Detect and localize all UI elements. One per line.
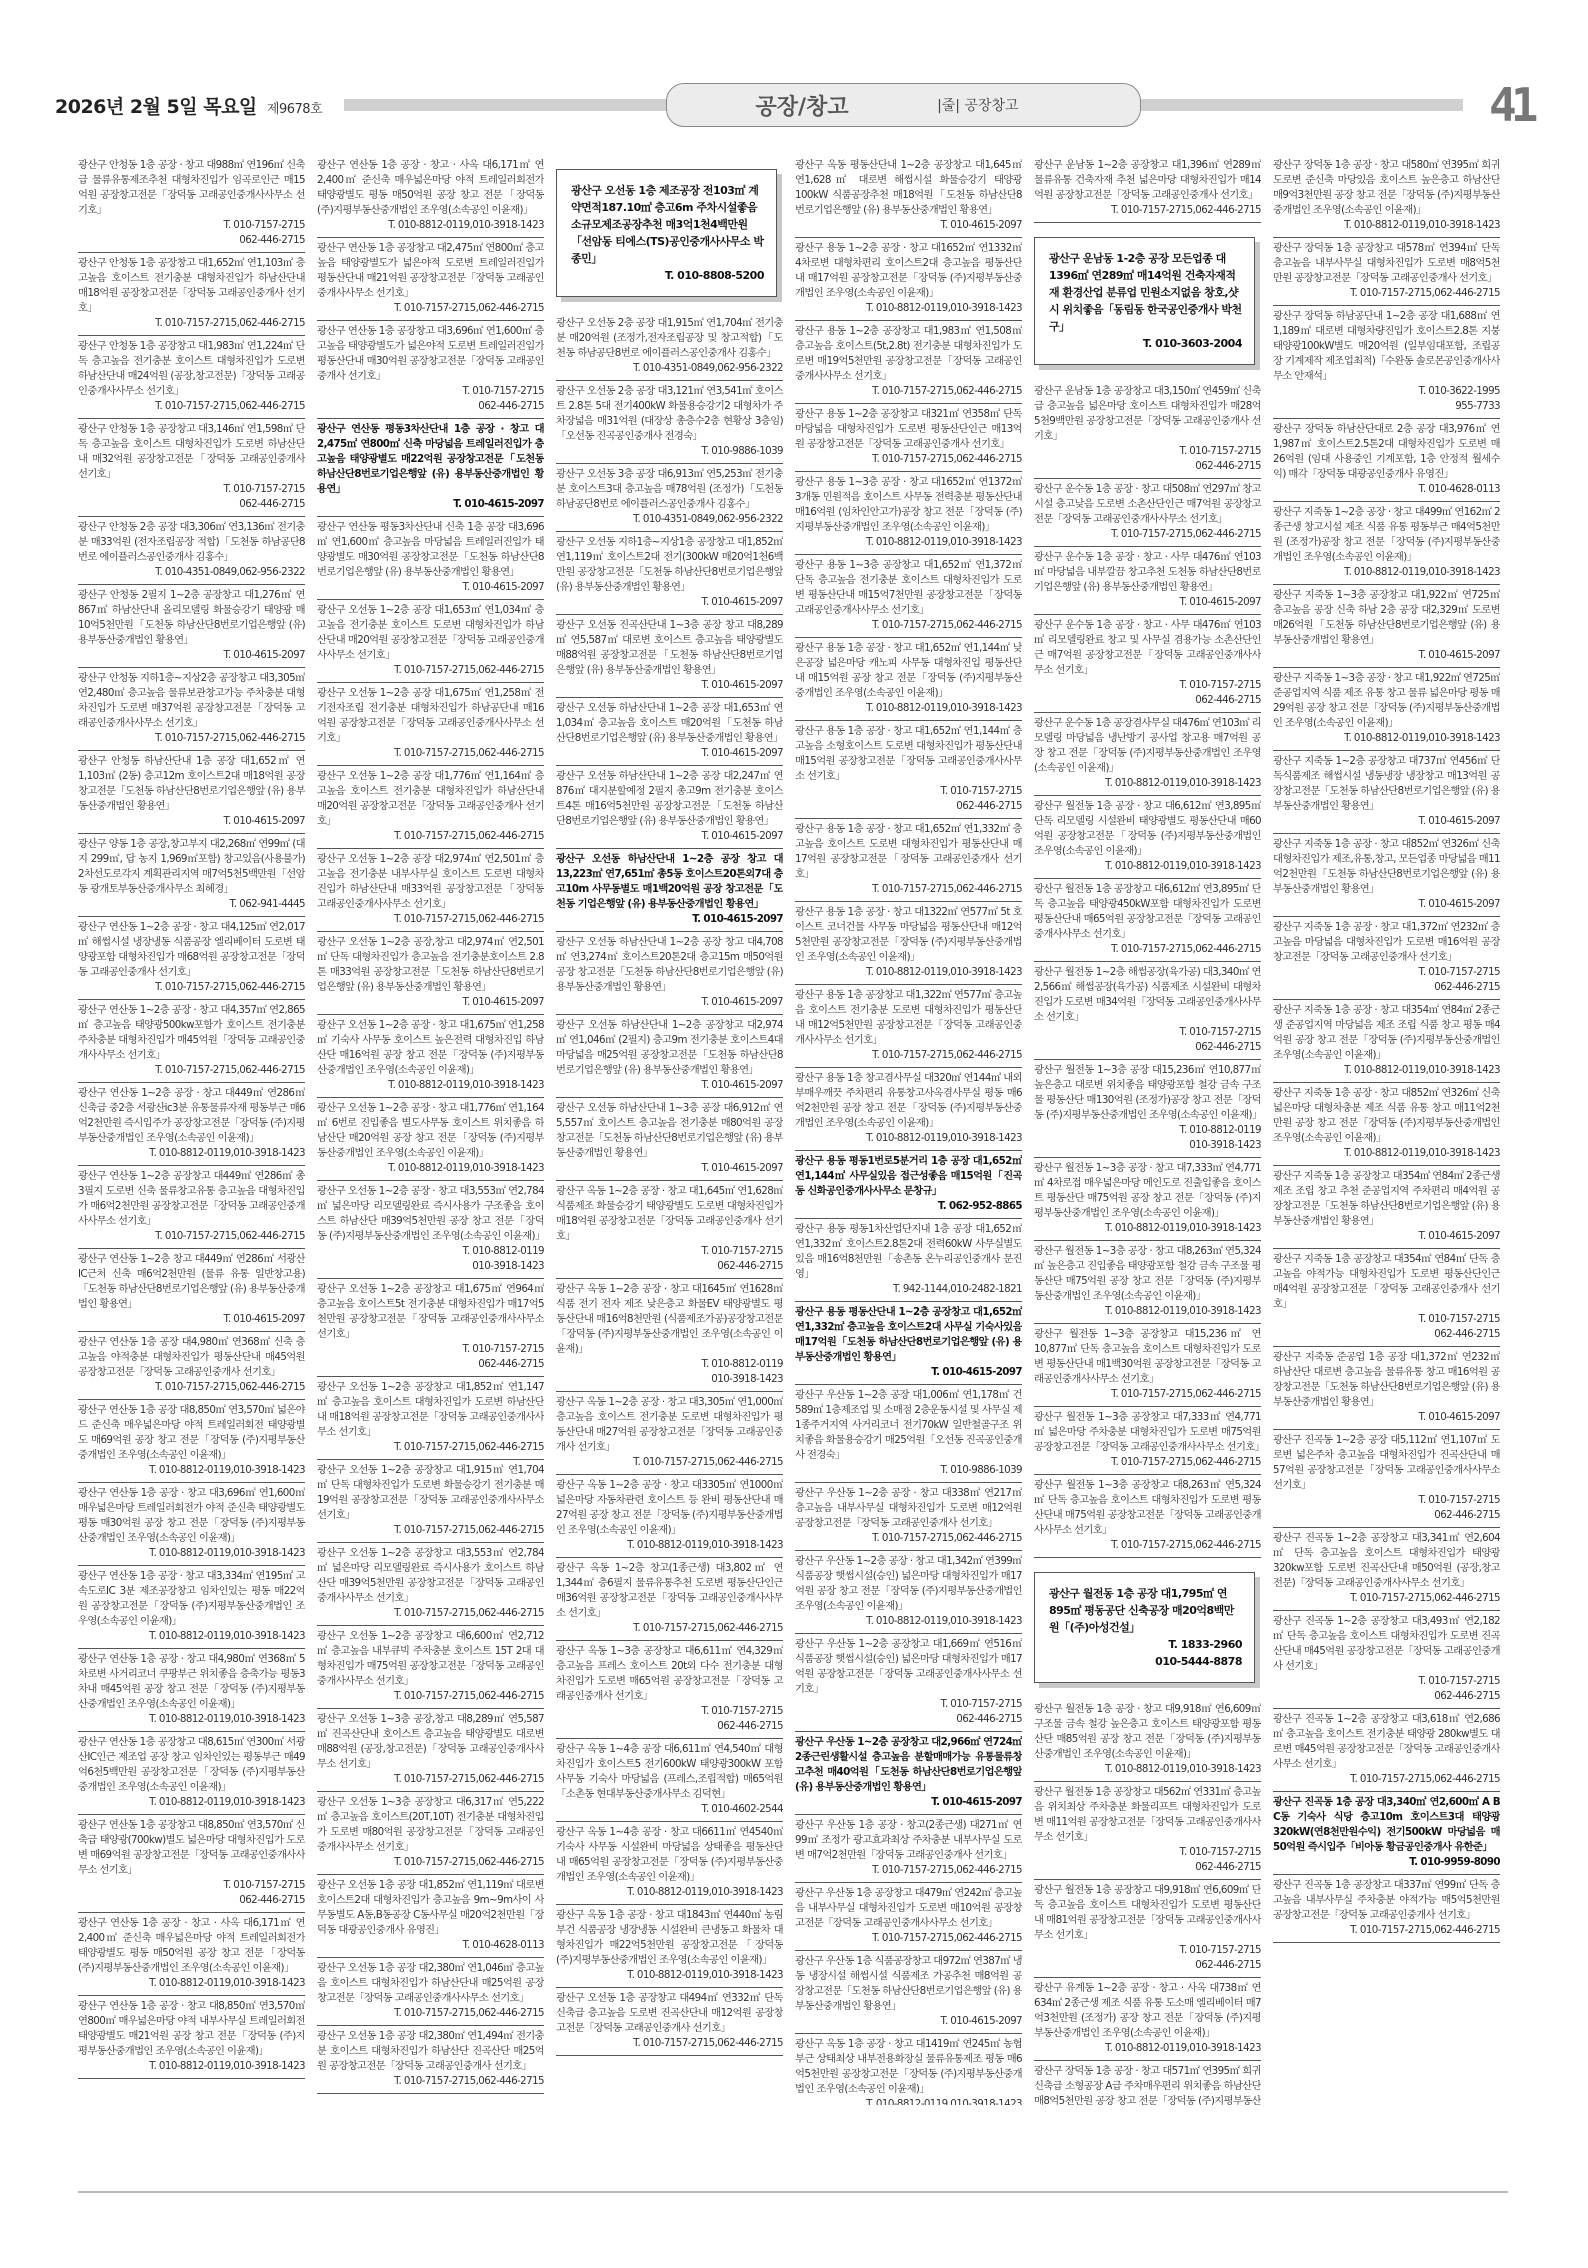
listing-text: 광산구 연산동 1~2층 공장 · 창고 대449㎡ 연286㎡ 신축급 중2층… bbox=[78, 1087, 305, 1144]
listing: 광산구 안청동 2층 공장 대3,306㎡ 연3,136㎡ 전기충분 매33억원… bbox=[78, 517, 305, 585]
listing: 광산구 월전동 1~3층 공장 · 창고 대7,333㎡ 연4,771㎡ 4차로… bbox=[1034, 1158, 1261, 1241]
footer-rule bbox=[78, 2191, 1508, 2193]
listing-text: 광산구 유계동 1~2층 공장 · 창고 · 사옥 대738㎡ 연634㎡ 2종… bbox=[1034, 1982, 1261, 2039]
listing: 광산구 지죽동 1층 공장창고 대354㎡ 연84㎡ 단독 층고높음 야적가능 … bbox=[1273, 1249, 1500, 1347]
listing: 광산구 연산동 1~2층 공장창고 대449㎡ 연286㎡ 총3필지 도로변 신… bbox=[78, 1166, 305, 1249]
listing-text: 광산구 양동 1층 공장,창고부지 대2,268㎡ 연99㎡ (대지 299㎡,… bbox=[78, 838, 305, 895]
listing: 광산구 운수동 1층 공장 · 창고 · 사무 대476㎡ 연103㎡ 마당넓음… bbox=[1034, 547, 1261, 615]
listing: 광산구 오선동 1층 공장창고 대494㎡ 연332㎡ 단독 신축급 층고높음 … bbox=[556, 1988, 783, 2056]
listing-phone: T. 010-8812-0119,010-3918-1423 bbox=[1034, 1221, 1261, 1236]
listing: 광산구 옥동 1~2층 공장 · 창고 대1,645㎡ 연1,628㎡ 식품제조… bbox=[556, 1181, 783, 1279]
listing: 광산구 오선동 1층 공장 대2,380㎡ 연1,046㎡ 층고높음 호이스트 … bbox=[317, 1958, 544, 2026]
listing-phone: T. 010-7157-2715,062-446-2715 bbox=[317, 1772, 544, 1787]
listing-text: 광산구 오선동 2층 공장 대3,121㎡ 연3,541㎡ 호이스트 2.8톤 … bbox=[556, 385, 783, 442]
listing-phone: T. 010-4615-2097 bbox=[556, 912, 783, 927]
listing-phone: T. 010-7157-2715,062-446-2715 bbox=[317, 1689, 544, 1704]
listing: 광산구 우산동 1층 공장창고 대479㎡ 연242㎡ 층고높음 내부사무실 대… bbox=[795, 1883, 1022, 1951]
listing-text: 광산구 용동 1층 공장 · 창고 대1322㎡ 연577㎡ 5t 호이스트 코… bbox=[795, 906, 1022, 963]
listing-text: 광산구 연산동 1~2층 공장창고 대449㎡ 연286㎡ 총3필지 도로변 신… bbox=[78, 1170, 305, 1227]
listing-text: 광산구 오선동 1~2층 공장창고 대6,600㎡ 연2,712㎡ 층고높음 내… bbox=[317, 1630, 544, 1687]
listing-phone: T. 010-8812-0119 010-3918-1423 bbox=[317, 1244, 544, 1274]
listing-phone: T. 010-4615-2097 bbox=[78, 1312, 305, 1327]
listing: 광산구 운수동 1층 공장 · 창고 대508㎡ 연297㎡ 창고시설 층고낮음… bbox=[1034, 479, 1261, 547]
listing: 광산구 월전동 1~3층 공장창고 대7,333㎡ 연4,771㎡ 넓은마당 주… bbox=[1034, 1407, 1261, 1475]
featured-listing-box: 광산구 오선동 1층 제조공장 전103㎡ 계약면적187.10㎡ 층고6m 주… bbox=[556, 169, 777, 297]
listing: 광산구 연산동 1층 공장 대4,980㎡ 연368㎡ 신축 층고높음 야적충분… bbox=[78, 1332, 305, 1400]
listing: 광산구 연산동 1층 공장 · 창고 대8,850㎡ 연3,570㎡ 연800㎡… bbox=[78, 1996, 305, 2079]
listing-phone: T. 010-4351-0849,062-956-2322 bbox=[556, 361, 783, 376]
listing-phone: T. 010-4615-2097 bbox=[556, 678, 783, 693]
listing-phone: T. 010-7157-2715,062-446-2715 bbox=[1034, 942, 1261, 957]
listing-text: 광산구 안청동 2필지 1~2층 공장창고 대1,276㎡ 연867㎡ 하남산단… bbox=[78, 589, 305, 646]
listing: 광산구 연산동 1층 공장 · 창고 대3,334㎡ 연195㎡ 고속도로IC … bbox=[78, 1566, 305, 1649]
column-1: 광산구 안청동 1층 공장 · 창고 대988㎡ 연196㎡ 신축급 물류유통제… bbox=[78, 155, 305, 2105]
listing-phone: T. 010-7157-2715 062-446-2715 bbox=[1273, 1312, 1500, 1342]
listing-phone: T. 010-7157-2715,062-446-2715 bbox=[317, 1606, 544, 1621]
listing: 광산구 옥동 1층 공장 · 창고 대1843㎡ 연440㎡ 농림부건 식품공장… bbox=[556, 1905, 783, 1988]
listing-text: 광산구 용동 평동1번로5분거리 1층 공장 대1,652㎡ 연1,144㎡ 사… bbox=[795, 1155, 1022, 1197]
listing: 광산구 안청동 지하1층~지상2층 공장창고 대3,305㎡ 연2,480㎡ 층… bbox=[78, 668, 305, 751]
listing: 광산구 월전동 1~3층 공장 대15,236㎡ 연10,877㎡ 높은층고 대… bbox=[1034, 1060, 1261, 1158]
listing: 광산구 오선동 1~2층 공장 · 창고 대1,675㎡ 연1,258㎡ 기숙사… bbox=[317, 1015, 544, 1098]
listing: 광산구 오선동 하남산단내 1~2층 공장창고 대2,974㎡ 연1,046㎡ … bbox=[556, 1015, 783, 1098]
listing-text: 광산구 연산동 평동3차산단내 1층 공장 · 창고 대2,475㎡ 연800㎡… bbox=[317, 423, 544, 495]
listing-phone: T. 010-9886-1039 bbox=[556, 444, 783, 459]
listing-text: 광산구 지죽동 1층 공장 · 창고 대354㎡ 연84㎡ 2종근생 준공업지역… bbox=[1273, 1004, 1500, 1061]
listing-text: 광산구 오선동 1~2층 공장 · 창고 대1,675㎡ 연1,258㎡ 기숙사… bbox=[317, 1019, 544, 1076]
issue-number: 제9678호 bbox=[267, 102, 322, 117]
listing: 광산구 용동 1~3층 공장창고 대1,652㎡ 연1,372㎡ 단독 층고높음… bbox=[795, 555, 1022, 638]
listing-phone: T. 010-8812-0119,010-3918-1423 bbox=[78, 1712, 305, 1727]
column-3: 광산구 오선동 1층 제조공장 전103㎡ 계약면적187.10㎡ 층고6m 주… bbox=[556, 155, 783, 2105]
listing: 광산구 월전동 1층 공장창고 대9,918㎡ 연6,609㎡ 단독 층고높음 … bbox=[1034, 1880, 1261, 1978]
listing-phone: T. 010-7157-2715 062-446-2715 bbox=[556, 1704, 783, 1734]
listing: 광산구 오선동 1층 공장 대2,380㎡ 연1,494㎡ 전기충분 호이스트 … bbox=[317, 2026, 544, 2094]
listing-phone: T. 010-8812-0119,010-3918-1423 bbox=[317, 1078, 544, 1093]
listing-text: 광산구 옥동 1~2층 공장 · 창고 대3,305㎡ 연1,000㎡ 층고높음… bbox=[556, 1396, 783, 1453]
listing: 광산구 옥동 1~2층 창고(1종근생) 대3,802㎡ 연1,344㎡ 층6필… bbox=[556, 1558, 783, 1641]
listing-phone: T. 010-8812-0119,010-3918-1423 bbox=[795, 535, 1022, 550]
listing-phone: T. 010-4615-2097 bbox=[1273, 648, 1500, 663]
listing-phone: T. 010-7157-2715 062-446-2715 bbox=[317, 1342, 544, 1372]
listing-text: 광산구 안청동 하남산단내 1층 공장 대1,652㎡ 연1,103㎡ (2동)… bbox=[78, 755, 305, 812]
column-5: 광산구 운남동 1~2층 공장창고 대1,396㎡ 연289㎡ 물류유통 건축자… bbox=[1034, 155, 1261, 2105]
listing: 광산구 옥동 1~4층 공장 대6,611㎡ 연4,540㎡ 대형차진입가 호이… bbox=[556, 1739, 783, 1822]
newspaper-page: 2026년 2월 5일 목요일 제9678호 공장/창고 |줄| 공장창고 41… bbox=[0, 0, 1588, 2268]
listing: 광산구 우산동 1~2층 공장 · 창고 대1,342㎡ 연399㎡ 식품공장 … bbox=[795, 1551, 1022, 1634]
listing: 광산구 우산동 1~2층 공장창고 대2,966㎡ 연724㎡ 2종근린생활시설… bbox=[795, 1732, 1022, 1815]
listing-phone: T. 010-4628-0113 bbox=[1273, 482, 1500, 497]
listing-phone: T. 010-7157-2715,062-446-2715 bbox=[317, 1523, 544, 1538]
listing-text: 광산구 안청동 2층 공장 대3,306㎡ 연3,136㎡ 전기충분 매33억원… bbox=[78, 521, 305, 563]
listing: 광산구 옥동 1~2층 공장 · 창고 대3,305㎡ 연1,000㎡ 층고높음… bbox=[556, 1392, 783, 1475]
listing: 광산구 장덕동 1층 공장 · 창고 대571㎡ 연395㎡ 희귀 신축급 소형… bbox=[1034, 2061, 1261, 2105]
listing: 광산구 진곡동 1층 공장 대3,340㎡ 연2,600㎡ A B C동 기숙사… bbox=[1273, 1792, 1500, 1875]
listing-phone: T. 010-8812-0119,010-3918-1423 bbox=[1034, 2041, 1261, 2056]
listing: 광산구 안청동 1층 공장창고 대1,652㎡ 연1,103㎡ 층고높음 호이스… bbox=[78, 253, 305, 336]
column-2: 광산구 연산동 1층 공장 · 창고 · 사옥 대6,171㎡ 연2,400㎡ … bbox=[317, 155, 544, 2105]
listing-phone: T. 010-7157-2715 062-446-2715 bbox=[1034, 1025, 1261, 1055]
listing-phone: T. 010-7157-2715,062-446-2715 bbox=[795, 452, 1022, 467]
listing-phone: T. 010-7157-2715,062-446-2715 bbox=[1034, 527, 1261, 542]
listing-phone: T. 010-8812-0119,010-3918-1423 bbox=[1273, 218, 1500, 233]
listing-text: 광산구 장덕동 하남공단내 1~2층 공장 대1,688㎡ 연1,189㎡ 대로… bbox=[1273, 310, 1500, 382]
listing-phone: T. 010-7157-2715 062-446-2715 bbox=[1273, 965, 1500, 995]
listing-text: 광산구 연산동 1층 공장 · 창고 대3,696㎡ 연1,600㎡ 매우넓은마… bbox=[78, 1487, 305, 1544]
featured-listing-box: 광산구 운남동 1-2층 공장 모든업종 대1396㎡ 연289㎡ 매14억원 … bbox=[1034, 237, 1255, 365]
listing-phone: T. 010-8812-0119,010-3918-1423 bbox=[795, 2097, 1022, 2105]
listing-text: 광산구 운남동 1~2층 공장창고 대1,396㎡ 연289㎡ 물류유통 건축자… bbox=[1034, 159, 1261, 201]
listing: 광산구 오선동 1~2층 공장 · 창고 대3,553㎡ 연2,784㎡ 넓은마… bbox=[317, 1181, 544, 1279]
listing: 광산구 지죽동 1~2층 공장 · 창고 대499㎡ 연162㎡ 2종근생 창고… bbox=[1273, 502, 1500, 585]
listing-phone: T. 010-4615-2097 bbox=[556, 1161, 783, 1176]
listing: 광산구 옥동 1~3층 공장창고 대6,611㎡ 연4,329㎡ 층고높음 프레… bbox=[556, 1641, 783, 1739]
listing: 광산구 월전동 1층 공장창고 대6,612㎡ 연3,895㎡ 단독 층고높음 … bbox=[1034, 879, 1261, 962]
listing-text: 광산구 옥동 1~4층 공장 대6,611㎡ 연4,540㎡ 대형차진입가 호이… bbox=[556, 1743, 783, 1800]
listing: 광산구 옥동 평동산단내 1~2층 공장창고 대1,645㎡ 연1,628㎡ 대… bbox=[795, 155, 1022, 238]
listing-text: 광산구 안청동 지하1층~지상2층 공장창고 대3,305㎡ 연2,480㎡ 층… bbox=[78, 672, 305, 729]
listing-text: 광산구 옥동 1~2층 창고(1종근생) 대3,802㎡ 연1,344㎡ 층6필… bbox=[556, 1562, 783, 1619]
listing-text: 광산구 오선동 1~2층 공장창고 대1,915㎡ 연1,704㎡ 단독 대형차… bbox=[317, 1464, 544, 1521]
listing-text: 광산구 운남동 1층 공장창고 대3,150㎡ 연459㎡ 신축급 층고높음 넓… bbox=[1034, 385, 1261, 442]
listing-phone: T. 010-7157-2715,062-446-2715 bbox=[78, 980, 305, 995]
listing-text: 광산구 오선동 하남산단내 1~2층 공장 대2,247㎡ 연876㎡ 대지분할… bbox=[556, 770, 783, 827]
listing-phone: T. 062-952-8865 bbox=[795, 1199, 1022, 1214]
listing: 광산구 옥동 1~2층 공장 · 창고 대3305㎡ 연1000㎡ 넓은마당 자… bbox=[556, 1475, 783, 1558]
listing-phone: T. 010-7157-2715,062-446-2715 bbox=[317, 2074, 544, 2089]
listing-text: 광산구 월전동 1~3층 공장창고 대8,263㎡ 연5,324㎡ 단독 층고높… bbox=[1034, 1479, 1261, 1536]
listing: 광산구 진곡동 1층 공장창고 대337㎡ 연99㎡ 단독 층고높음 내부사무실… bbox=[1273, 1875, 1500, 1943]
listing-text: 광산구 연산동 1층 공장 대4,980㎡ 연368㎡ 신축 층고높음 야적충분… bbox=[78, 1336, 305, 1378]
listing-phone: T. 010-8812-0119,010-3918-1423 bbox=[1034, 1304, 1261, 1319]
listing-text: 광산구 우산동 1~2층 공장창고 대2,966㎡ 연724㎡ 2종근린생활시설… bbox=[795, 1736, 1022, 1793]
listing-text: 광산구 진곡동 1~2층 공장 대5,112㎡ 연1,107㎡ 도로변 넓은주차… bbox=[1273, 1434, 1500, 1491]
listing-text: 광산구 용동 1~3층 공장 · 창고 대1652㎡ 연1372㎡ 3개동 민원… bbox=[795, 476, 1022, 533]
listing: 광산구 장덕동 1층 공장창고 대578㎡ 연394㎡ 단독 층고높음 내부사무… bbox=[1273, 238, 1500, 306]
listing: 광산구 연산동 1층 공장 · 창고 · 사옥 대6,171㎡ 연2,400㎡ … bbox=[317, 155, 544, 238]
listing-text: 광산구 옥동 1층 공장 · 창고 대1419㎡ 연245㎡ 농협부근 상태최상… bbox=[795, 2038, 1022, 2095]
listing-phone: T. 010-7157-2715,062-446-2715 bbox=[556, 1621, 783, 1636]
listing-phone: T. 010-7157-2715,062-446-2715 bbox=[795, 1048, 1022, 1063]
listing-phone: T. 010-7157-2715,062-446-2715 bbox=[317, 301, 544, 316]
publication-date: 2026년 2월 5일 목요일 bbox=[55, 96, 257, 118]
listing-phone: T. 010-7157-2715 062-446-2715 bbox=[1034, 1943, 1261, 1973]
listing: 광산구 오선동 1~2층 공장 대1,653㎡ 연1,034㎡ 층고높음 전기충… bbox=[317, 600, 544, 683]
listing-phone: T. 010-8812-0119,010-3918-1423 bbox=[1273, 1063, 1500, 1078]
listing-phone: T. 010-7157-2715,062-446-2715 bbox=[795, 1531, 1022, 1546]
listing-phone: T. 010-4615-2097 bbox=[1273, 814, 1500, 829]
listing-text: 광산구 연산동 평동3차산단내 신축 1층 공장 대3,696㎡ 연1,600㎡… bbox=[317, 521, 544, 578]
listing-phone: T. 010-4615-2097 bbox=[795, 2014, 1022, 2029]
listing-text: 광산구 월전동 1~3층 공장창고 대15,236㎡ 연10,877㎡ 단독 층… bbox=[1034, 1328, 1261, 1385]
listing-phone: T. 010-8812-0119 010-3918-1423 bbox=[1034, 1123, 1261, 1153]
featured-listing-text: 광산구 운남동 1-2층 공장 모든업종 대1396㎡ 연289㎡ 매14억원 … bbox=[1049, 252, 1242, 333]
listing: 광산구 용동 1층 공장 · 창고 대1,652㎡ 연1,144㎡ 층고높음 소… bbox=[795, 721, 1022, 819]
listing-text: 광산구 옥동 평동산단내 1~2층 공장창고 대1,645㎡ 연1,628㎡ 대… bbox=[795, 159, 1022, 216]
listing-text: 광산구 연산동 1~2층 공장 · 창고 대4,125㎡ 연2,017㎡ 해썹시… bbox=[78, 921, 305, 978]
listing-text: 광산구 연산동 1층 공장 · 창고 · 사옥 대6,171㎡ 연2,400㎡ … bbox=[78, 1917, 305, 1974]
listing: 광산구 연산동 1~2층 공장 · 창고 대4,357㎡ 연2,865㎡ 층고높… bbox=[78, 1000, 305, 1083]
listing: 광산구 지죽동 1~2층 공장창고 대737㎡ 연456㎡ 단독식품제조 해썹시… bbox=[1273, 751, 1500, 834]
section-title: 공장/창고 bbox=[667, 90, 937, 121]
listing-text: 광산구 진곡동 1~2층 공장창고 대3,493㎡ 연2,182㎡ 단독 층고높… bbox=[1273, 1615, 1500, 1672]
listing-text: 광산구 장덕동 1층 공장 · 창고 대580㎡ 연395㎡ 희귀 도로변 준신… bbox=[1273, 159, 1500, 216]
listing-text: 광산구 오선동 하남산단내 1~2층 공장 창고 대13,223㎡ 연7,651… bbox=[556, 853, 783, 910]
listing-phone: T. 010-4615-2097 bbox=[78, 814, 305, 829]
listing-text: 광산구 진곡동 1층 공장 대3,340㎡ 연2,600㎡ A B C동 기숙사… bbox=[1273, 1796, 1500, 1853]
listing: 광산구 오선동 하남산단내 1~2층 공장 창고 대4,708㎡ 연3,274㎡… bbox=[556, 932, 783, 1015]
listing: 광산구 오선동 2층 공장 대1,915㎡ 연1,704㎡ 전기충분 매20억원… bbox=[556, 313, 783, 381]
listing: 광산구 오선동 하남산단내 1~2층 공장 창고 대13,223㎡ 연7,651… bbox=[556, 849, 783, 932]
listing-text: 광산구 오선동 1층 공장 대2,380㎡ 연1,046㎡ 층고높음 호이스트 … bbox=[317, 1962, 544, 2004]
listing-text: 광산구 운수동 1층 공장 · 창고 대508㎡ 연297㎡ 창고시설 층고낮음… bbox=[1034, 483, 1261, 525]
listing-text: 광산구 우산동 1~2층 공장 · 창고 대1,342㎡ 연399㎡ 식품공장 … bbox=[795, 1555, 1022, 1612]
listing-phone: T. 010-4615-2097 bbox=[795, 1365, 1022, 1380]
listing-phone: T. 010-8812-0119,010-3918-1423 bbox=[1034, 859, 1261, 874]
listing-text: 광산구 지죽동 1층 공장창고 대354㎡ 연84㎡ 2종근생 제조 조립 창고… bbox=[1273, 1170, 1500, 1227]
listing-text: 광산구 지죽동 1~3층 공장창고 대1,922㎡ 연725㎡ 층고높음 공장 … bbox=[1273, 589, 1500, 646]
listing: 광산구 용동 1층 창고겸사무실 대320㎡ 연144㎡ 내외부매우깨끗 주차편… bbox=[795, 1068, 1022, 1151]
page-number: 41 bbox=[1489, 78, 1533, 132]
listing-phone: T. 010-7157-2715 062-446-2715 bbox=[78, 1878, 305, 1908]
listing-phone: T. 010-8812-0119,010-3918-1423 bbox=[78, 1976, 305, 1991]
listing-text: 광산구 용동 1층 공장 · 창고 대1,652㎡ 연1,332㎡ 층고높음 호… bbox=[795, 823, 1022, 880]
listing: 광산구 연산동 평동3차산단내 1층 공장 · 창고 대2,475㎡ 연800㎡… bbox=[317, 419, 544, 517]
listing-phone: T. 010-4615-2097 bbox=[556, 995, 783, 1010]
listing-text: 광산구 오선동 하남산단내 1~3층 공장 대6,912㎡ 연5,557㎡ 호이… bbox=[556, 1102, 783, 1159]
listing-phone: T. 010-7157-2715,062-446-2715 bbox=[78, 1229, 305, 1244]
listing-text: 광산구 월전동 1층 공장창고 대562㎡ 연331㎡ 층고높음 위치최상 주차… bbox=[1034, 1786, 1261, 1843]
listing: 광산구 오선동 1~2층 공장창고 대3,553㎡ 연2,784㎡ 넓은마당 리… bbox=[317, 1543, 544, 1626]
listing-phone: T. 010-4615-2097 bbox=[795, 1795, 1022, 1810]
listing-phone: T. 010-7157-2715,062-446-2715 bbox=[78, 1063, 305, 1078]
listing-phone: T. 010-3622-1995 955-7733 bbox=[1273, 384, 1500, 414]
column-4: 광산구 옥동 평동산단내 1~2층 공장창고 대1,645㎡ 연1,628㎡ 대… bbox=[795, 155, 1022, 2105]
listing-text: 광산구 용동 평동산단내 1~2층 공장창고 대1,652㎡ 연1,332㎡ 층… bbox=[795, 1306, 1022, 1363]
listing: 광산구 용동 1층 공장 · 창고 대1322㎡ 연577㎡ 5t 호이스트 코… bbox=[795, 902, 1022, 985]
listing-phone: T. 010-7157-2715,062-446-2715 bbox=[317, 912, 544, 927]
featured-listing-phone: T. 1833-2960 010-5444-8878 bbox=[1049, 1636, 1242, 1670]
listing: 광산구 우산동 1층 식품공장창고 대972㎡ 연387㎡ 냉동 냉장시설 해썹… bbox=[795, 1951, 1022, 2034]
listing-text: 광산구 장덕동 1층 공장 · 창고 대571㎡ 연395㎡ 희귀 신축급 소형… bbox=[1034, 2065, 1261, 2105]
listing: 광산구 운수동 1층 공장 · 창고 · 사무 대476㎡ 연103㎡ 리모델링… bbox=[1034, 615, 1261, 713]
listing-text: 광산구 진곡동 1층 공장창고 대337㎡ 연99㎡ 단독 층고높음 내부사무실… bbox=[1273, 1879, 1500, 1921]
listing: 광산구 양동 1층 공장,창고부지 대2,268㎡ 연99㎡ (대지 299㎡,… bbox=[78, 834, 305, 917]
listing-phone: T. 010-7157-2715,062-446-2715 bbox=[317, 1440, 544, 1455]
listing: 광산구 월전동 1~3층 공장창고 대8,263㎡ 연5,324㎡ 단독 층고높… bbox=[1034, 1475, 1261, 1558]
listing-text: 광산구 지죽동 준공업 1층 공장 대1,372㎡ 연232㎡ 하남산단 대로변… bbox=[1273, 1351, 1500, 1408]
listing-phone: T. 010-7157-2715,062-446-2715 bbox=[78, 1380, 305, 1395]
listing-phone: T. 010-4615-2097 bbox=[317, 995, 544, 1010]
listing-text: 광산구 오선동 1~2층 공장 대2,974㎡ 연2,501㎡ 층고높음 전기충… bbox=[317, 853, 544, 910]
listing-text: 광산구 운수동 1층 공장겸사무실 대476㎡ 연103㎡ 리모델링 마당넓음 … bbox=[1034, 717, 1261, 774]
listing: 광산구 장덕동 1층 공장 · 창고 대580㎡ 연395㎡ 희귀 도로변 준신… bbox=[1273, 155, 1500, 238]
listing-phone: T. 010-8812-0119,010-3918-1423 bbox=[556, 1538, 783, 1553]
listing-phone: T. 010-4615-2097 bbox=[317, 580, 544, 595]
listing: 광산구 오선동 1층 공장 대1,852㎡ 연1,119㎡ 대로변 호이스트2대… bbox=[317, 1875, 544, 1958]
listing-phone: T. 010-8812-0119 010-3918-1423 bbox=[556, 1357, 783, 1387]
listing-phone: T. 010-4615-2097 bbox=[317, 497, 544, 512]
listing-text: 광산구 지죽동 1~3층 공장 · 창고 대1,922㎡ 연725㎡ 준공업지역… bbox=[1273, 672, 1500, 729]
listing: 광산구 장덕동 하남산단대로 2층 공장 대3,976㎡ 연1,987㎡ 호이스… bbox=[1273, 419, 1500, 502]
listing: 광산구 오선동 1~2층 공장창고 대1,852㎡ 연1,147㎡ 층고높음 호… bbox=[317, 1377, 544, 1460]
listing: 광산구 안청동 1층 공장창고 대1,983㎡ 연1,224㎡ 단독 층고높음 … bbox=[78, 336, 305, 419]
listing-phone: T. 010-7157-2715,062-446-2715 bbox=[556, 1455, 783, 1470]
listing-text: 광산구 오선동 1~2층 공장 대1,776㎡ 연1,164㎡ 층고높음 호이스… bbox=[317, 770, 544, 827]
listing-phone: T. 942-1144,010-2482-1821 bbox=[795, 1282, 1022, 1297]
listing-phone: T. 010-7157-2715,062-446-2715 bbox=[317, 746, 544, 761]
listing-phone: T. 010-7157-2715,062-446-2715 bbox=[1034, 1387, 1261, 1402]
listing-phone: T. 062-941-4445 bbox=[78, 897, 305, 912]
listing-phone: T. 010-7157-2715,062-446-2715 bbox=[795, 882, 1022, 897]
listing: 광산구 오선동 1~2층 공장창고 대1,915㎡ 연1,704㎡ 단독 대형차… bbox=[317, 1460, 544, 1543]
listing-phone: T. 010-7157-2715,062-446-2715 bbox=[317, 829, 544, 844]
listing-text: 광산구 오선동 1~3층 공장,창고 대8,289㎡ 연5,587㎡ 진곡산단내… bbox=[317, 1713, 544, 1770]
listing: 광산구 오선동 1~3층 공장,창고 대8,289㎡ 연5,587㎡ 진곡산단내… bbox=[317, 1709, 544, 1792]
listing-phone: T. 010-4351-0849,062-956-2322 bbox=[78, 565, 305, 580]
listing: 광산구 연산동 1~2층 공장 · 창고 대449㎡ 연286㎡ 신축급 중2층… bbox=[78, 1083, 305, 1166]
listing-text: 광산구 오선동 진곡산단내 1~3층 공장 창고 대8,289㎡ 연5,587㎡… bbox=[556, 619, 783, 676]
date-line: 2026년 2월 5일 목요일 제9678호 bbox=[55, 92, 322, 119]
listing-phone: T. 010-7157-2715,062-446-2715 bbox=[317, 2006, 544, 2021]
listing-text: 광산구 연산동 1층 공장 · 창고 · 사옥 대6,171㎡ 연2,400㎡ … bbox=[317, 159, 544, 216]
listing-phone: T. 010-7157-2715,062-446-2715 bbox=[795, 384, 1022, 399]
listing: 광산구 용동 1~2층 공장 · 창고 대1652㎡ 연1332㎡ 4차로변 대… bbox=[795, 238, 1022, 321]
listing-phone: T. 010-7157-2715,062-446-2715 bbox=[317, 663, 544, 678]
listing-text: 광산구 월전동 1~3층 공장창고 대7,333㎡ 연4,771㎡ 넓은마당 주… bbox=[1034, 1411, 1261, 1453]
listing: 광산구 진곡동 1~2층 공장 대5,112㎡ 연1,107㎡ 도로변 넓은주차… bbox=[1273, 1430, 1500, 1528]
listing-phone: T. 010-4615-2097 bbox=[556, 595, 783, 610]
featured-listing-text: 광산구 월전동 1층 공장 대1,795㎡ 연895㎡ 평동공단 신축공장 매2… bbox=[1049, 1587, 1234, 1634]
listing: 광산구 지죽동 1층 공장창고 대354㎡ 연84㎡ 2종근생 제조 조립 창고… bbox=[1273, 1166, 1500, 1249]
listing-phone: T. 010-7157-2715,062-446-2715 bbox=[795, 1931, 1022, 1946]
listing-phone: T. 010-4615-2097 bbox=[1273, 1229, 1500, 1244]
listing-phone: T. 010-9886-1039 bbox=[795, 1463, 1022, 1478]
listing-text: 광산구 안청동 1층 공장창고 대1,652㎡ 연1,103㎡ 층고높음 호이스… bbox=[78, 257, 305, 314]
listing-text: 광산구 용동 1층 공장 · 창고 대1,652㎡ 연1,144㎡ 낮은공장 넓… bbox=[795, 642, 1022, 699]
listing-text: 광산구 오선동 1~2층 공장 대1,675㎡ 연1,258㎡ 전기전자조립 전… bbox=[317, 687, 544, 744]
listing-phone: T. 010-7157-2715,062-446-2715 bbox=[1273, 1591, 1500, 1606]
listing-phone: T. 010-7157-2715,062-446-2715 bbox=[1034, 1538, 1261, 1553]
listing-phone: T. 010-4615-2097 bbox=[556, 746, 783, 761]
listing-phone: T. 010-8812-0119,010-3918-1423 bbox=[1273, 565, 1500, 580]
listing: 광산구 용동 평동산단내 1~2층 공장창고 대1,652㎡ 연1,332㎡ 층… bbox=[795, 1302, 1022, 1385]
listing: 광산구 옥동 1~4층 공장 · 창고 대6611㎡ 연4540㎡ 기숙사 사무… bbox=[556, 1822, 783, 1905]
listing-phone: T. 010-4628-0113 bbox=[317, 1938, 544, 1953]
listing-phone: T. 010-7157-2715 062-446-2715 bbox=[1034, 1845, 1261, 1875]
listing-phone: T. 010-8812-0119,010-3918-1423 bbox=[1034, 1762, 1261, 1777]
listing: 광산구 지죽동 1층 공장 · 창고 대852㎡ 연326㎡ 신축 대형차진입가… bbox=[1273, 834, 1500, 917]
featured-listing-text: 광산구 오선동 1층 제조공장 전103㎡ 계약면적187.10㎡ 층고6m 주… bbox=[571, 184, 764, 265]
listing: 광산구 연산동 1층 공장창고 대2,475㎡ 연800㎡ 층고높음 태양광별도… bbox=[317, 238, 544, 321]
listing: 광산구 진곡동 1~2층 공장창고 대3,493㎡ 연2,182㎡ 단독 층고높… bbox=[1273, 1611, 1500, 1709]
listing: 광산구 월전동 1~2층 해썹공장(육가공) 대3,340㎡ 연2,566㎡ 해… bbox=[1034, 962, 1261, 1060]
listing-text: 광산구 지죽동 1~2층 공장창고 대737㎡ 연456㎡ 단독식품제조 해썹시… bbox=[1273, 755, 1500, 812]
listing-phone: T. 010-8812-0119,010-3918-1423 bbox=[78, 1629, 305, 1644]
featured-listing-phone: T. 010-3603-2004 bbox=[1049, 335, 1242, 352]
listing-phone: T. 010-8812-0119,010-3918-1423 bbox=[78, 1546, 305, 1561]
listing: 광산구 월전동 1~3층 공장창고 대15,236㎡ 연10,877㎡ 단독 층… bbox=[1034, 1324, 1261, 1407]
listing-phone: T. 010-7157-2715,062-446-2715 bbox=[795, 618, 1022, 633]
listing-text: 광산구 오선동 1~2층 공장 · 창고 대3,553㎡ 연2,784㎡ 넓은마… bbox=[317, 1185, 544, 1242]
listing-phone: T. 010-8812-0119,010-3918-1423 bbox=[556, 1885, 783, 1900]
listing: 광산구 우산동 1~2층 공장창고 대1,669㎡ 연516㎡ 식품공장 햇썹시… bbox=[795, 1634, 1022, 1732]
listing-text: 광산구 옥동 1~2층 공장 · 창고 대1,645㎡ 연1,628㎡ 식품제조… bbox=[556, 1185, 783, 1242]
listing-phone: T. 010-8812-0119,010-3918-1423 bbox=[556, 1968, 783, 1983]
listing: 광산구 오선동 3층 공장 대6,913㎡ 연5,253㎡ 전기충분 호이스트3… bbox=[556, 464, 783, 532]
listing: 광산구 연산동 1층 공장창고 대8,850㎡ 연3,570㎡ 신축급 태양광(… bbox=[78, 1815, 305, 1913]
listing-text: 광산구 월전동 1층 공장창고 대6,612㎡ 연3,895㎡ 단독 층고높음 … bbox=[1034, 883, 1261, 940]
listing-text: 광산구 월전동 1층 공장 · 창고 대9,918㎡ 연6,609㎡ 구조물 금… bbox=[1034, 1703, 1261, 1760]
listing: 광산구 오선동 1~2층 공장 대2,974㎡ 연2,501㎡ 층고높음 전기충… bbox=[317, 849, 544, 932]
listing-phone: T. 010-7157-2715 062-446-2715 bbox=[1034, 678, 1261, 708]
listing-text: 광산구 우산동 1~2층 공장 대1,006㎡ 연1,178㎡ 건589㎡ 1층… bbox=[795, 1389, 1022, 1461]
listing: 광산구 안청동 하남산단내 1층 공장 대1,652㎡ 연1,103㎡ (2동)… bbox=[78, 751, 305, 834]
listing-phone: T. 010-7157-2715 062-446-2715 bbox=[1273, 1493, 1500, 1523]
listing: 광산구 운남동 1층 공장창고 대3,150㎡ 연459㎡ 신축급 층고높음 넓… bbox=[1034, 381, 1261, 479]
listing: 광산구 오선동 1~2층 공장창고 대6,600㎡ 연2,712㎡ 층고높음 내… bbox=[317, 1626, 544, 1709]
listing: 광산구 연산동 1층 공장창고 대3,696㎡ 연1,600㎡ 층고높음 태양광… bbox=[317, 321, 544, 419]
listing-text: 광산구 용동 1~2층 공장 · 창고 대1652㎡ 연1332㎡ 4차로변 대… bbox=[795, 242, 1022, 299]
listing-text: 광산구 우산동 1층 공장 · 창고(2종근생) 대271㎡ 연99㎡ 조정가 … bbox=[795, 1819, 1022, 1861]
column-6: 광산구 장덕동 1층 공장 · 창고 대580㎡ 연395㎡ 희귀 도로변 준신… bbox=[1273, 155, 1500, 2105]
listing-text: 광산구 안청동 1층 공장창고 대1,983㎡ 연1,224㎡ 단독 층고높음 … bbox=[78, 340, 305, 397]
listing-text: 광산구 오선동 하남산단내 1~2층 공장 창고 대4,708㎡ 연3,274㎡… bbox=[556, 936, 783, 993]
classified-columns: 광산구 안청동 1층 공장 · 창고 대988㎡ 연196㎡ 신축급 물류유통제… bbox=[78, 155, 1508, 2105]
listing-phone: T. 010-8812-0119,010-3918-1423 bbox=[795, 1131, 1022, 1146]
listing: 광산구 월전동 1~3층 공장 · 창고 대8,263㎡ 연5,324㎡ 높은층… bbox=[1034, 1241, 1261, 1324]
section-banner: 공장/창고 |줄| 공장창고 bbox=[666, 83, 1141, 127]
listing: 광산구 지죽동 1층 공장 · 창고 대354㎡ 연84㎡ 2종근생 준공업지역… bbox=[1273, 1000, 1500, 1083]
listing-text: 광산구 오선동 1층 공장창고 대494㎡ 연332㎡ 단독 신축급 층고높음 … bbox=[556, 1992, 783, 2034]
listing-text: 광산구 오선동 1~2층 공장 · 창고 대1,776㎡ 연1,164㎡ 6번로… bbox=[317, 1102, 544, 1159]
listing-text: 광산구 지죽동 1층 공장 · 창고 대1,372㎡ 연232㎡ 층고높음 마당… bbox=[1273, 921, 1500, 963]
listing: 광산구 오선동 1~2층 공장 · 창고 대1,776㎡ 연1,164㎡ 6번로… bbox=[317, 1098, 544, 1181]
listing-phone: T. 010-7157-2715 062-446-2715 bbox=[78, 482, 305, 512]
listing-text: 광산구 연산동 1층 공장 · 창고 대3,334㎡ 연195㎡ 고속도로IC … bbox=[78, 1570, 305, 1627]
listing-phone: T. 010-8812-0119,010-3918-1423 bbox=[795, 1614, 1022, 1629]
listing-phone: T. 010-7157-2715,062-446-2715 bbox=[556, 2036, 783, 2051]
listing: 광산구 오선동 진곡산단내 1~3층 공장 창고 대8,289㎡ 연5,587㎡… bbox=[556, 615, 783, 698]
listing: 광산구 용동 1층 공장 · 창고 대1,652㎡ 연1,332㎡ 층고높음 호… bbox=[795, 819, 1022, 902]
listing-phone: T. 010-8812-0119,010-3918-1423 bbox=[78, 1463, 305, 1478]
listing-text: 광산구 연산동 1층 공장창고 대2,475㎡ 연800㎡ 층고높음 태양광별도… bbox=[317, 242, 544, 299]
listing-text: 광산구 오선동 1층 공장 대2,380㎡ 연1,494㎡ 전기충분 호이스트 … bbox=[317, 2030, 544, 2072]
listing-phone: T. 010-8812-0119,010-3918-1423 bbox=[795, 965, 1022, 980]
listing-phone: T. 010-7157-2715,062-446-2715 bbox=[78, 731, 305, 746]
listing: 광산구 지죽동 1~3층 공장 · 창고 대1,922㎡ 연725㎡ 준공업지역… bbox=[1273, 668, 1500, 751]
listing-text: 광산구 연산동 1층 공장창고 대8,850㎡ 연3,570㎡ 신축급 태양광(… bbox=[78, 1819, 305, 1876]
listing: 광산구 용동 1~2층 공장창고 대1,983㎡ 연1,508㎡ 층고높음 호이… bbox=[795, 321, 1022, 404]
listing: 광산구 연산동 평동3차산단내 신축 1층 공장 대3,696㎡ 연1,600㎡… bbox=[317, 517, 544, 600]
section-subtitle: |줄| 공장창고 bbox=[937, 95, 1019, 115]
listing-text: 광산구 용동 1~2층 공장창고 대1,983㎡ 연1,508㎡ 층고높음 호이… bbox=[795, 325, 1022, 382]
listing-text: 광산구 오선동 하남산단내 1~2층 공장창고 대2,974㎡ 연1,046㎡ … bbox=[556, 1019, 783, 1076]
listing: 광산구 지죽동 1층 공장 · 창고 대1,372㎡ 연232㎡ 층고높음 마당… bbox=[1273, 917, 1500, 1000]
listing: 광산구 오선동 하남산단내 1~2층 공장 대1,653㎡ 연1,034㎡ 층고… bbox=[556, 698, 783, 766]
listing-phone: T. 010-7157-2715,062-446-2715 bbox=[317, 1855, 544, 1870]
listing: 광산구 연산동 1층 공장 · 창고 대4,980㎡ 연368㎡ 5차로변 사거… bbox=[78, 1649, 305, 1732]
listing-phone: T. 010-4615-2097 bbox=[556, 829, 783, 844]
listing-text: 광산구 옥동 1~4층 공장 · 창고 대6611㎡ 연4540㎡ 기숙사 사무… bbox=[556, 1826, 783, 1883]
listing-phone: T. 010-4615-2097 bbox=[1273, 1410, 1500, 1425]
listing-text: 광산구 오선동 1층 공장 대1,852㎡ 연1,119㎡ 대로변 호이스트2대… bbox=[317, 1879, 544, 1936]
listing: 광산구 오선동 1~2층 공장창고 대1,675㎡ 연964㎡ 층고높음 호이스… bbox=[317, 1279, 544, 1377]
listing-phone: T. 010-8812-0119,010-3918-1423 bbox=[1273, 1146, 1500, 1161]
listing: 광산구 용동 1~2층 공장창고 대321㎡ 연358㎡ 단독 마당넓음 대형차… bbox=[795, 404, 1022, 472]
listing-text: 광산구 우산동 1층 공장창고 대479㎡ 연242㎡ 층고높음 내부사무실 대… bbox=[795, 1887, 1022, 1929]
listing: 광산구 오선동 1~3층 공장창고 대6,317㎡ 연5,222㎡ 층고높음 호… bbox=[317, 1792, 544, 1875]
